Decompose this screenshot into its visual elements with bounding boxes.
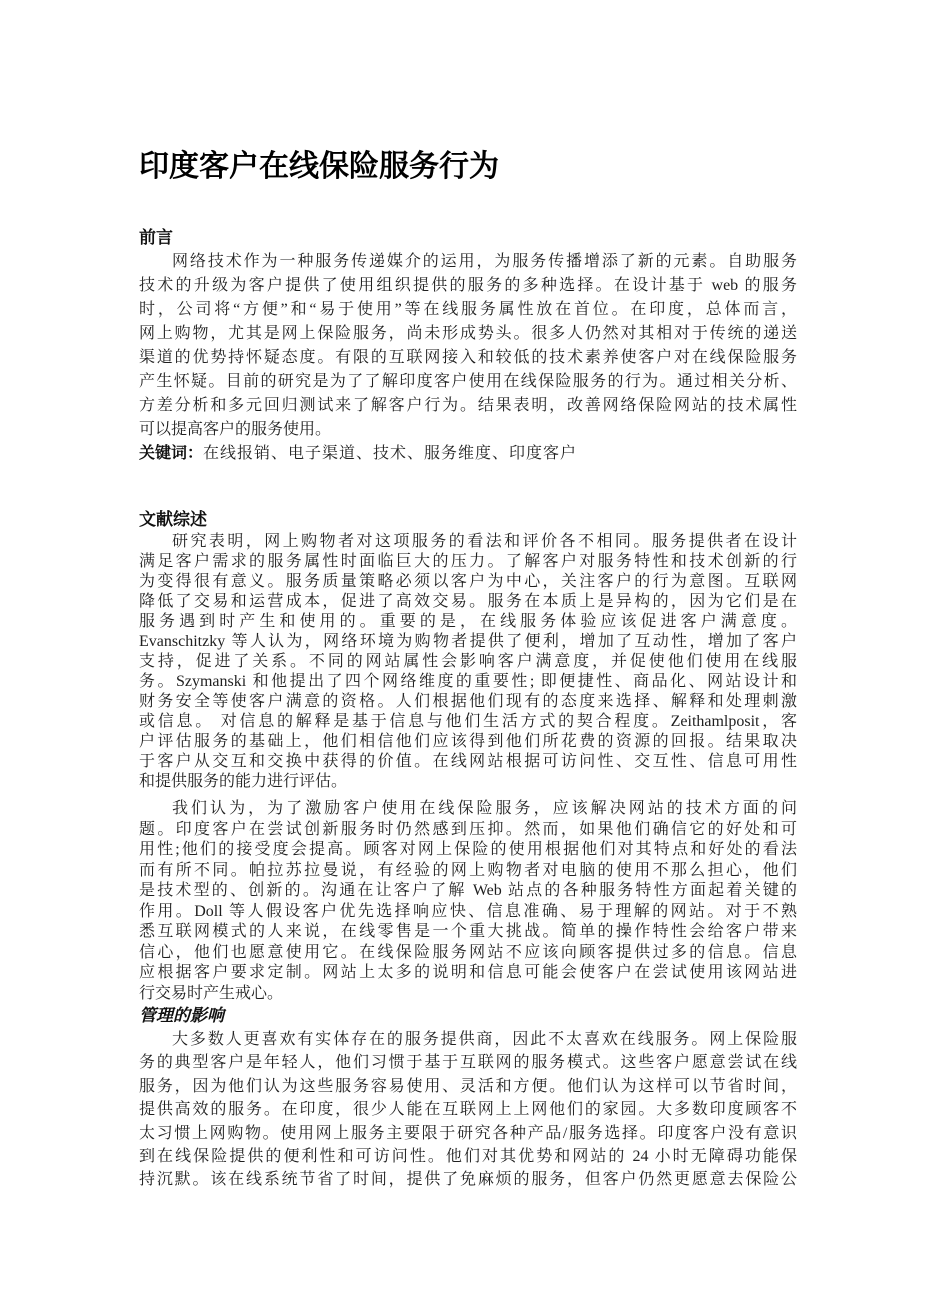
text-line: 网络技术作为一种服务传递媒介的运用，为服务传播增添了新的元素。自助服务 [139, 250, 797, 274]
text-line: 题。印度客户在尝试创新服务时仍然感到压抑。然而，如果他们确信它的好处和可 [139, 820, 797, 841]
text-line: 我们认为，为了激励客户使用在线保险服务，应该解决网站的技术方面的问 [139, 799, 797, 820]
text-line: 为变得很有意义。服务质量策略必须以客户为中心，关注客户的行为意图。互联网 [139, 572, 797, 592]
text-line: 降低了交易和运营成本，促进了高效交易。服务在本质上是异构的，因为它们是在 [139, 592, 797, 612]
text-line: 时，公司将“方便”和“易于使用”等在线服务属性放在首位。在印度，总体而言， [139, 298, 797, 322]
section-heading-literature: 文献综述 [139, 508, 797, 532]
text-line: 方差分析和多元回归测试来了解客户行为。结果表明，改善网络保险网站的技术属性 [139, 394, 797, 418]
text-line: 财务安全等使客户满意的资格。人们根据他们现有的态度来选择、解释和处理刺激 [139, 692, 797, 712]
text-line: 和提供服务的能力进行评估。 [139, 772, 797, 792]
text-line: 或信息。 对信息的解释是基于信息与他们生活方式的契合程度。Zeithamlpos… [139, 712, 797, 732]
text-line: 到在线保险提供的便利性和可访问性。他们对其优势和网站的 24 小时无障碍功能保 [139, 1145, 797, 1168]
document-title: 印度客户在线保险服务行为 [139, 146, 797, 188]
text-line: 而有所不同。帕拉苏拉曼说，有经验的网上购物者对电脑的使用不那么担心，他们 [139, 861, 797, 882]
keywords-row: 关键词：在线报销、电子渠道、技术、服务维度、印度客户 [139, 442, 797, 466]
section-managerial: 管理的影响大多数人更喜欢有实体存在的服务提供商，因此不太喜欢在线服务。网上保险服… [139, 1004, 797, 1192]
document-content: 印度客户在线保险服务行为 前言网络技术作为一种服务传递媒介的运用，为服务传播增添… [139, 146, 797, 1192]
text-line: 技术的升级为客户提供了使用组织提供的服务的多种选择。在设计基于 web 的服务 [139, 274, 797, 298]
text-line: 务。Szymanski 和他提出了四个网络维度的重要性; 即便捷性、商品化、网站… [139, 672, 797, 692]
section-heading-managerial: 管理的影响 [139, 1004, 797, 1028]
text-line: 户评估服务的基础上，他们相信他们应该得到他们所花费的资源的回报。结果取决 [139, 732, 797, 752]
text-line: 可以提高客户的服务使用。 [139, 418, 797, 442]
keywords-text: 在线报销、电子渠道、技术、服务维度、印度客户 [203, 445, 577, 462]
text-line: 网上购物，尤其是网上保险服务，尚未形成势头。很多人仍然对其相对于传统的递送 [139, 322, 797, 346]
text-line: 用性;他们的接受度会提高。顾客对网上保险的使用根据他们对其特点和好处的看法 [139, 840, 797, 861]
paragraph: 大多数人更喜欢有实体存在的服务提供商，因此不太喜欢在线服务。网上保险服务的典型客… [139, 1028, 797, 1192]
text-line: 应根据客户要求定制。网站上太多的说明和信息可能会使客户在尝试使用该网站进 [139, 963, 797, 984]
document-page: 印度客户在线保险服务行为 前言网络技术作为一种服务传递媒介的运用，为服务传播增添… [0, 0, 925, 1309]
text-line: 满足客户需求的服务属性时面临巨大的压力。了解客户对服务特性和技术创新的行 [139, 552, 797, 572]
text-line: 信心，他们也愿意使用它。在线保险服务网站不应该向顾客提供过多的信息。信息 [139, 943, 797, 964]
text-line: 悉互联网模式的人来说，在线零售是一个重大挑战。简单的操作特性会给客户带来 [139, 922, 797, 943]
text-line: 大多数人更喜欢有实体存在的服务提供商，因此不太喜欢在线服务。网上保险服 [139, 1028, 797, 1051]
text-line: 务的典型客户是年轻人，他们习惯于基于互联网的服务模式。这些客户愿意尝试在线 [139, 1051, 797, 1074]
text-line: 提供高效的服务。在印度，很少人能在互联网上上网他们的家园。大多数印度顾客不 [139, 1098, 797, 1121]
section-intro: 前言网络技术作为一种服务传递媒介的运用，为服务传播增添了新的元素。自助服务技术的… [139, 226, 797, 466]
text-line: 渠道的优势持怀疑态度。有限的互联网接入和较低的技术素养使客户对在线保险服务 [139, 346, 797, 370]
paragraph: 网络技术作为一种服务传递媒介的运用，为服务传播增添了新的元素。自助服务技术的升级… [139, 250, 797, 442]
sections: 前言网络技术作为一种服务传递媒介的运用，为服务传播增添了新的元素。自助服务技术的… [139, 226, 797, 1192]
paragraph: 我们认为，为了激励客户使用在线保险服务，应该解决网站的技术方面的问题。印度客户在… [139, 799, 797, 1004]
text-line: 于客户从交互和交换中获得的价值。在线网站根据可访问性、交互性、信息可用性 [139, 752, 797, 772]
text-line: 服务遇到时产生和使用的。重要的是，在线服务体验应该促进客户满意度。 [139, 612, 797, 632]
text-line: 研究表明，网上购物者对这项服务的看法和评价各不相同。服务提供者在设计 [139, 532, 797, 552]
section-literature: 文献综述研究表明，网上购物者对这项服务的看法和评价各不相同。服务提供者在设计满足… [139, 508, 797, 1004]
section-heading-intro: 前言 [139, 226, 797, 250]
paragraph: 研究表明，网上购物者对这项服务的看法和评价各不相同。服务提供者在设计满足客户需求… [139, 532, 797, 792]
text-line: 服务，因为他们认为这些服务容易使用、灵活和方便。他们认为这样可以节省时间， [139, 1075, 797, 1098]
text-line: 太习惯上网购物。使用网上服务主要限于研究各种产品/服务选择。印度客户没有意识 [139, 1122, 797, 1145]
text-line: 支持，促进了关系。不同的网站属性会影响客户满意度，并促使他们使用在线服 [139, 652, 797, 672]
text-line: 是技术型的、创新的。沟通在让客户了解 Web 站点的各种服务特性方面起着关键的 [139, 881, 797, 902]
text-line: 产生怀疑。目前的研究是为了了解印度客户使用在线保险服务的行为。通过相关分析、 [139, 370, 797, 394]
text-line: 行交易时产生戒心。 [139, 984, 797, 1005]
text-line: Evanschitzky 等人认为，网络环境为购物者提供了便利，增加了互动性，增… [139, 632, 797, 652]
keywords-label: 关键词： [139, 445, 203, 462]
text-line: 作用。Doll 等人假设客户优先选择响应快、信息准确、易于理解的网站。对于不熟 [139, 902, 797, 923]
text-line: 持沉默。该在线系统节省了时间，提供了免麻烦的服务，但客户仍然更愿意去保险公 [139, 1168, 797, 1191]
